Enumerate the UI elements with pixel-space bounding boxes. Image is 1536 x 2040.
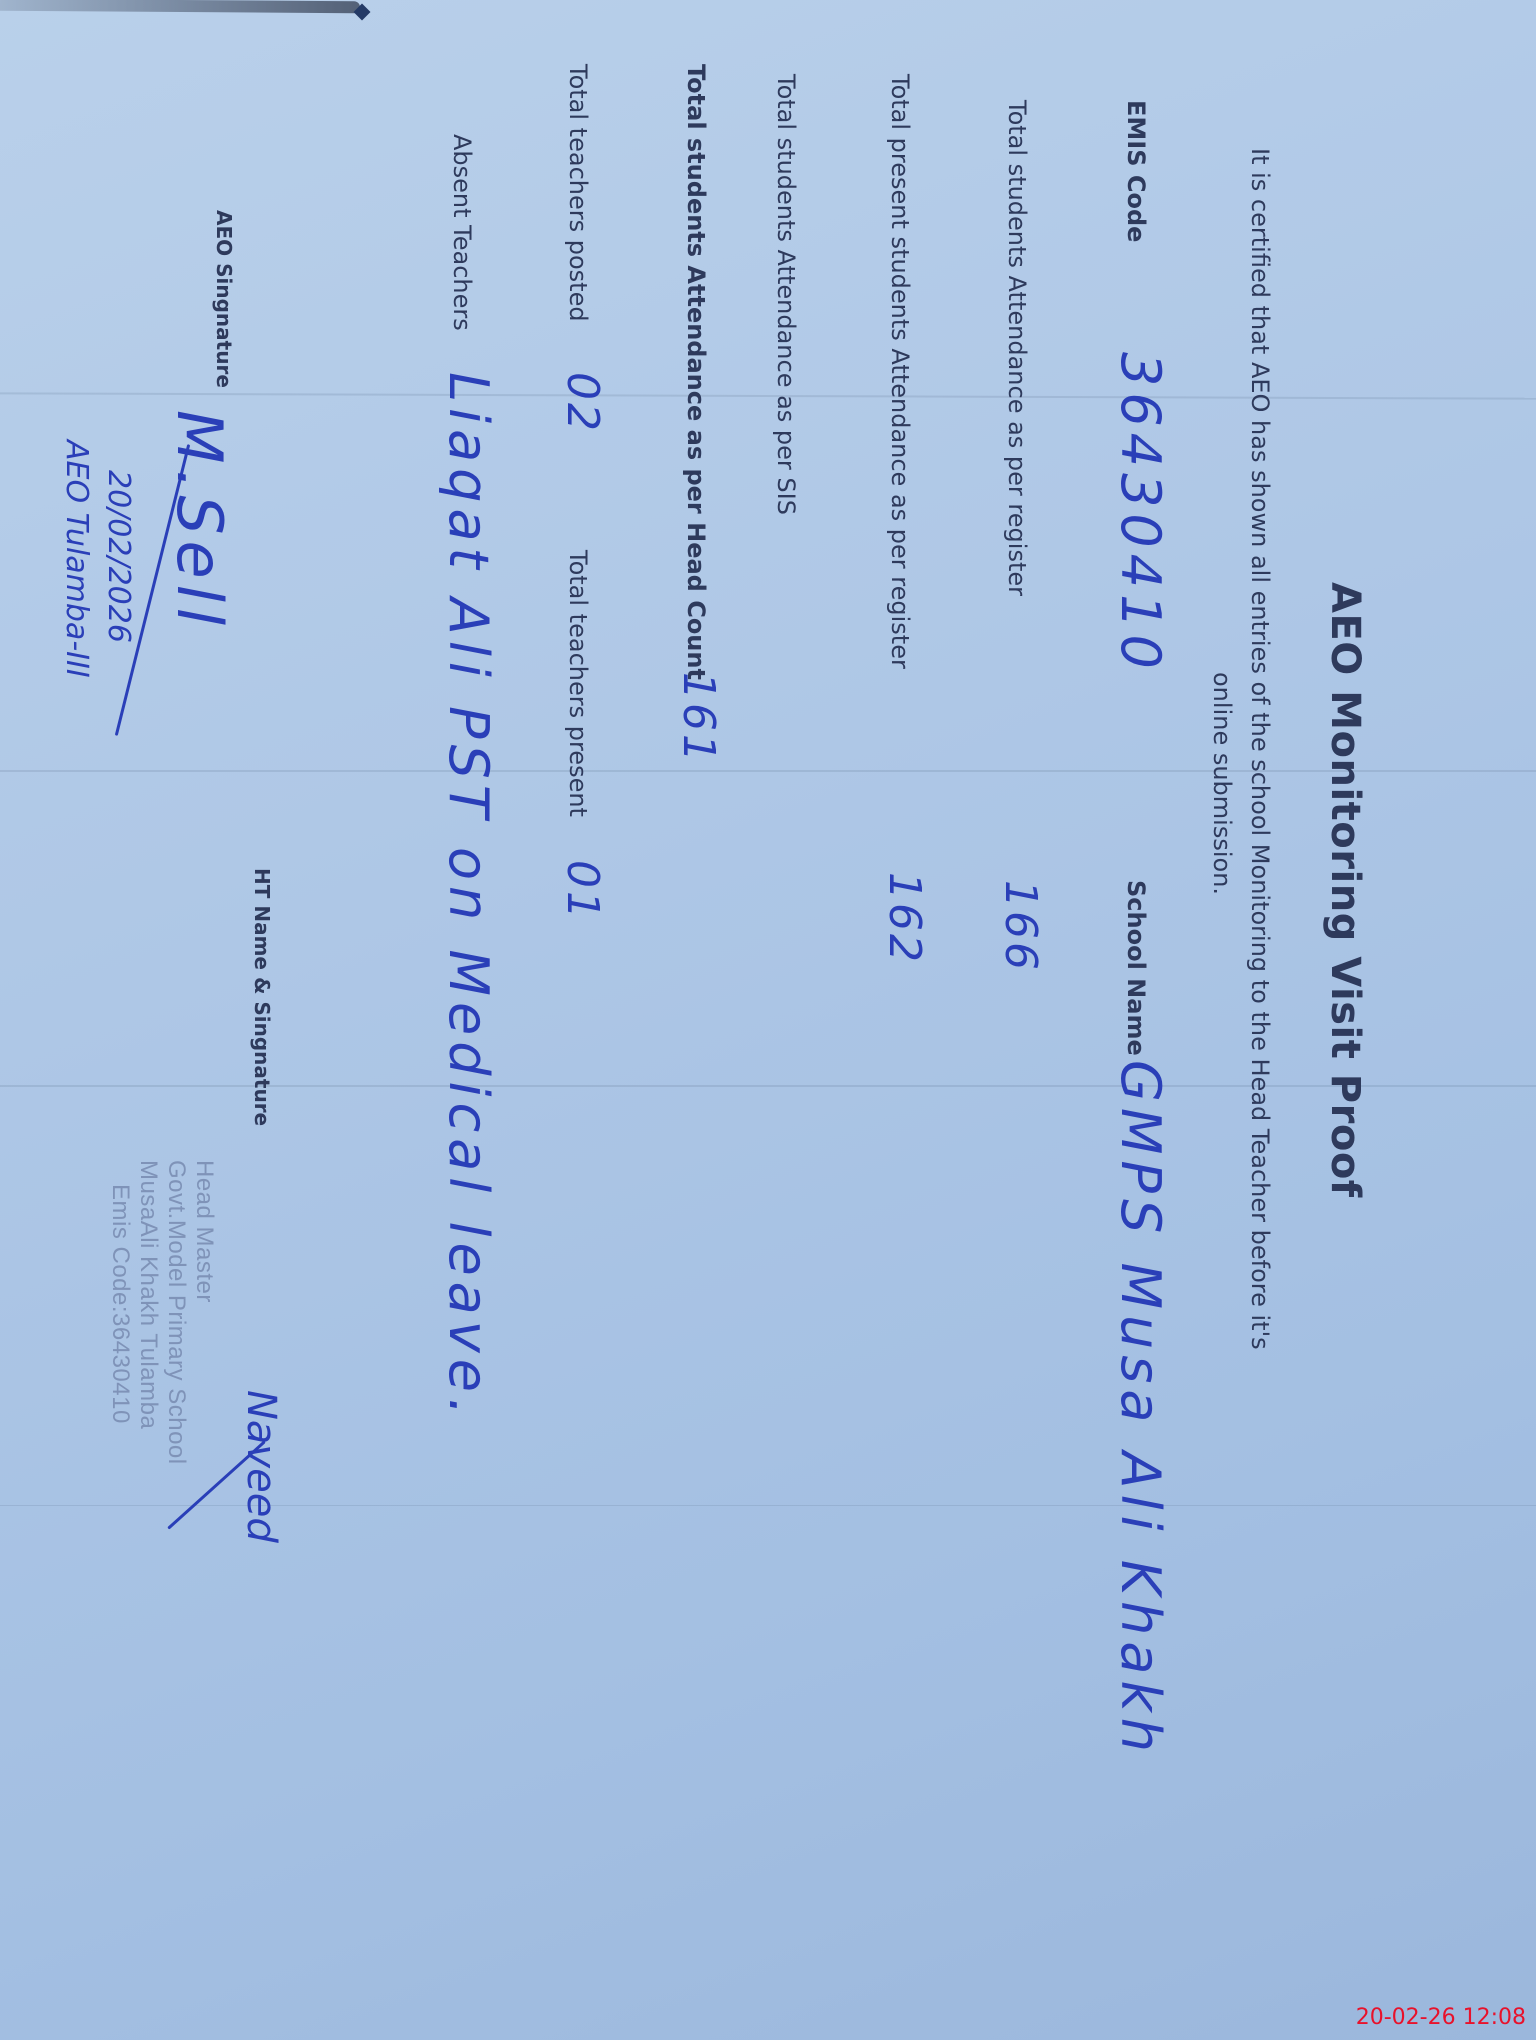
ht-signature: Naveed bbox=[238, 1390, 284, 1543]
school-stamp: Head Master Govt.Model Primary School Mu… bbox=[106, 1160, 218, 1465]
present-students-register-label: Total present students Attendance as per… bbox=[886, 74, 914, 669]
present-students-register-value: 162 bbox=[879, 872, 930, 965]
students-sis-label: Total students Attendance as per SIS bbox=[772, 74, 800, 515]
absent-teachers-label: Absent Teachers bbox=[448, 134, 476, 331]
total-students-register-value: 166 bbox=[995, 880, 1046, 973]
ht-signature-label: HT Name & Singnature bbox=[250, 868, 274, 1126]
total-students-register-label: Total students Attendance as per registe… bbox=[1003, 100, 1031, 596]
stamp-line: Emis Code:36430410 bbox=[106, 1160, 134, 1465]
certification-text: It is certified that AEO has shown all e… bbox=[1246, 148, 1274, 1350]
teachers-posted-label: Total teachers posted bbox=[564, 64, 592, 322]
stamp-line: Govt.Model Primary School bbox=[162, 1160, 190, 1465]
aeo-designation: AEO Tulamba-III bbox=[59, 440, 94, 678]
aeo-signature: M.Sell bbox=[163, 410, 236, 631]
aeo-signature-label: AEO Singnature bbox=[212, 210, 236, 388]
camera-timestamp: 20-02-26 12:08 bbox=[1356, 2005, 1526, 2030]
stamp-line: Head Master bbox=[190, 1160, 218, 1465]
students-head-count-value: 161 bbox=[673, 672, 724, 765]
teachers-present-label: Total teachers present bbox=[564, 550, 592, 817]
teachers-posted-value: 02 bbox=[557, 372, 608, 434]
teachers-present-value: 01 bbox=[557, 860, 608, 922]
certification-text-cont: online submission. bbox=[1208, 672, 1236, 895]
aeo-signature-date: 20/02/2026 bbox=[101, 470, 136, 643]
emis-code-label: EMIS Code bbox=[1122, 100, 1150, 242]
emis-code-value: 36430410 bbox=[1109, 352, 1172, 675]
stamp-line: MusaAli Khakh Tulamba bbox=[134, 1160, 162, 1465]
document-page: AEO Monitoring Visit Proof It is certifi… bbox=[0, 0, 1536, 2040]
students-head-count-label: Total students Attendance as per Head Co… bbox=[682, 64, 710, 680]
school-name-value: GMPS Musa Ali Khakh bbox=[1109, 1060, 1172, 1758]
absent-teachers-value: Liaqat Ali PST on Medical leave. bbox=[437, 372, 500, 1421]
document-title: AEO Monitoring Visit Proof bbox=[1322, 582, 1368, 1198]
school-name-label: School Name bbox=[1122, 880, 1150, 1056]
